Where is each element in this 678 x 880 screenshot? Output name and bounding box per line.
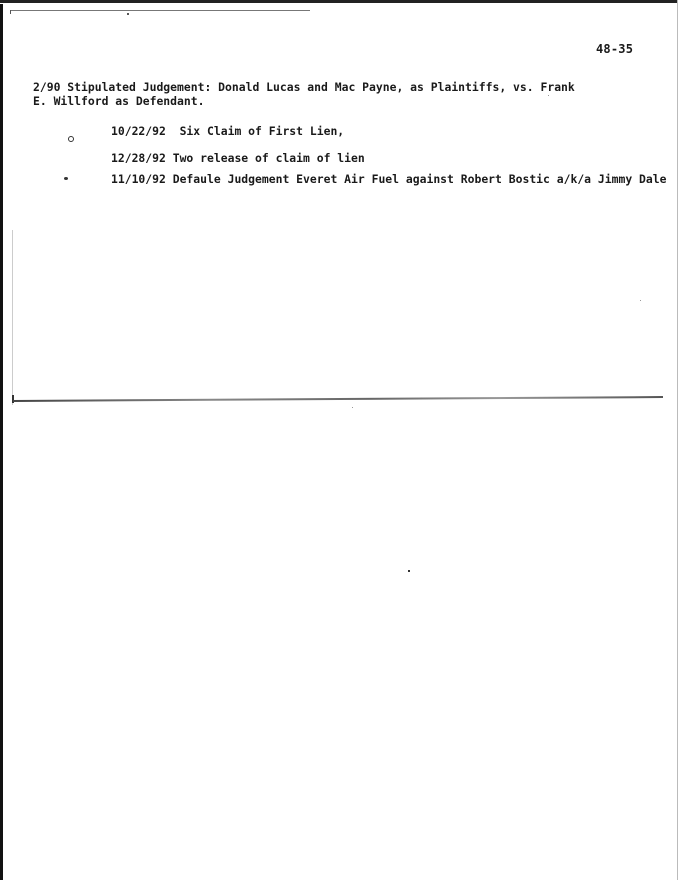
paragraph-line-1: 2/90 Stipulated Judgement: Donald Lucas … [33, 80, 575, 94]
scan-speck [352, 407, 353, 408]
scan-speck [127, 13, 129, 15]
form-top-rule-tick [10, 10, 11, 14]
box-left-border [12, 230, 13, 405]
page-top-edge [0, 0, 678, 3]
bullet-icon [64, 177, 68, 180]
document-page: 48-35 2/90 Stipulated Judgement: Donald … [0, 0, 678, 880]
page-number: 48-35 [596, 42, 633, 56]
list-item: 12/28/92 Two release of claim of lien [111, 151, 365, 165]
stipulated-judgement-paragraph: 2/90 Stipulated Judgement: Donald Lucas … [33, 80, 575, 108]
paragraph-line-2: E. Willford as Defendant. [33, 94, 204, 108]
list-item: 11/10/92 Defaule Judgement Everet Air Fu… [111, 172, 666, 186]
box-bottom-rule [13, 396, 663, 402]
list-item: 10/22/92 Six Claim of First Lien, [111, 124, 344, 138]
bullet-icon [68, 136, 74, 142]
scan-speck [640, 300, 641, 301]
scan-speck [548, 95, 549, 96]
form-top-rule [10, 10, 310, 11]
page-left-edge [0, 4, 3, 880]
scan-speck [408, 570, 410, 572]
